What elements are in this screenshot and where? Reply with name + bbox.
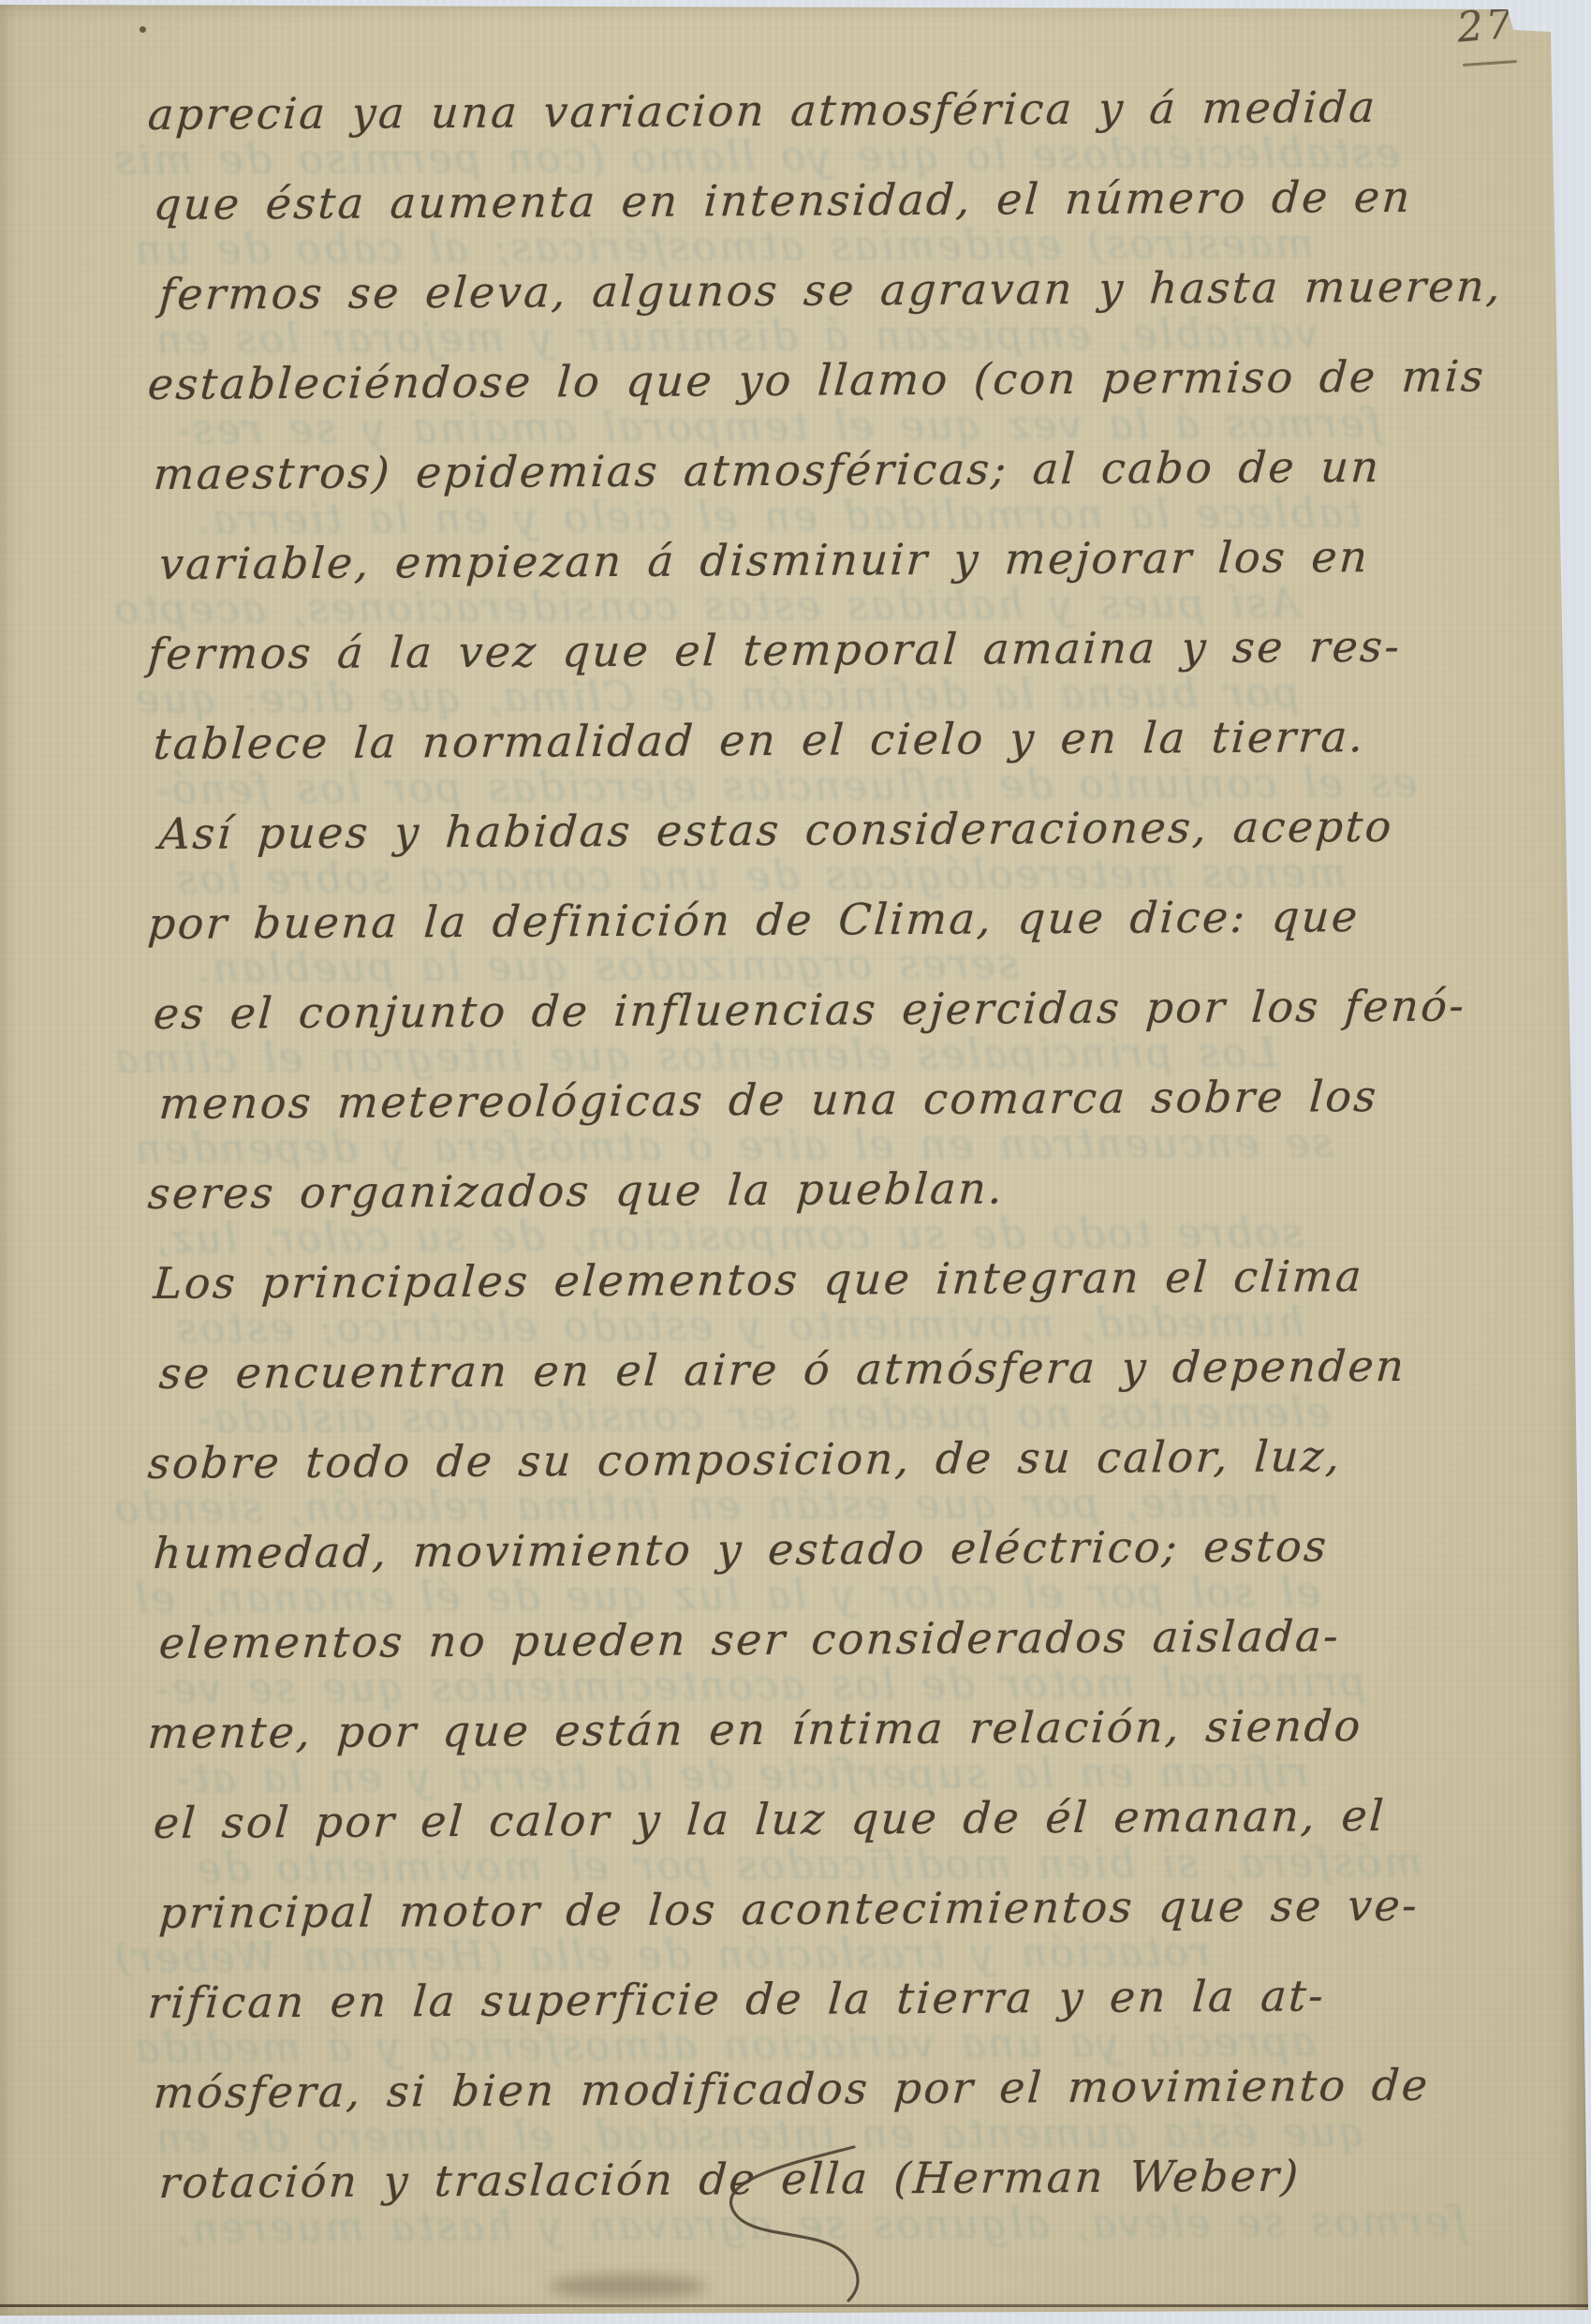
manuscript-line: fermos se eleva, algunos se agravan y ha… (158, 264, 1504, 316)
manuscript-line: el sol por el calor y la luz que de él e… (153, 1794, 1388, 1844)
manuscript-line: estableciéndose lo que yo llamo (con per… (147, 354, 1487, 406)
manuscript-line: se encuentran en el aire ó atmósfera y d… (158, 1344, 1407, 1395)
manuscript-line: que ésta aumenta en intensidad, el númer… (153, 175, 1414, 226)
ink-smudge (548, 2274, 707, 2299)
manuscript-line: por buena la definición de Clima, que di… (147, 895, 1362, 945)
manuscript-line: tablece la normalidad en el cielo y en l… (153, 715, 1367, 765)
manuscript-line: Así pues y habidas estas consideraciones… (158, 805, 1395, 855)
manuscript-line: menos metereológicas de una comarca sobr… (158, 1074, 1380, 1125)
manuscript-line: rifican en la superficie de la tierra y … (147, 1974, 1327, 2024)
manuscript-line: sobre todo de su composicion, de su calo… (147, 1434, 1344, 1485)
manuscript-line: maestros) epidemias atmosféricas; al cab… (153, 445, 1383, 496)
manuscript-line: elementos no pueden ser considerados ais… (158, 1614, 1342, 1665)
manuscript-line: principal motor de los acontecimientos q… (158, 1884, 1421, 1934)
scanned-page: estableciéndose lo que yo llamo (con per… (0, 0, 1591, 2324)
manuscript-paper: estableciéndose lo que yo llamo (con per… (0, 0, 1591, 2324)
manuscript-line: mósfera, si bien modificados por el movi… (153, 2064, 1432, 2114)
manuscript-line: Los principales elementos que integran e… (153, 1254, 1365, 1305)
manuscript-line: humedad, movimiento y estado eléctrico; … (153, 1524, 1330, 1575)
manuscript-line: seres organizados que la pueblan. (147, 1166, 1006, 1215)
manuscript-line: es el conjunto de influencias ejercidas … (153, 984, 1468, 1035)
manuscript-text: aprecia ya una variacion atmosférica y á… (0, 0, 1591, 2324)
manuscript-line: variable, empiezan á disminuir y mejorar… (158, 535, 1371, 585)
bottom-fold-line (0, 2304, 1589, 2307)
manuscript-line: rotación y traslación de ella (Herman We… (158, 2154, 1303, 2204)
manuscript-line: aprecia ya una variacion atmosférica y á… (147, 85, 1378, 136)
ink-dot (140, 26, 146, 33)
manuscript-line: mente, por que están en íntima relación,… (147, 1704, 1364, 1754)
manuscript-line: fermos á la vez que el temporal amaina y… (147, 625, 1404, 675)
